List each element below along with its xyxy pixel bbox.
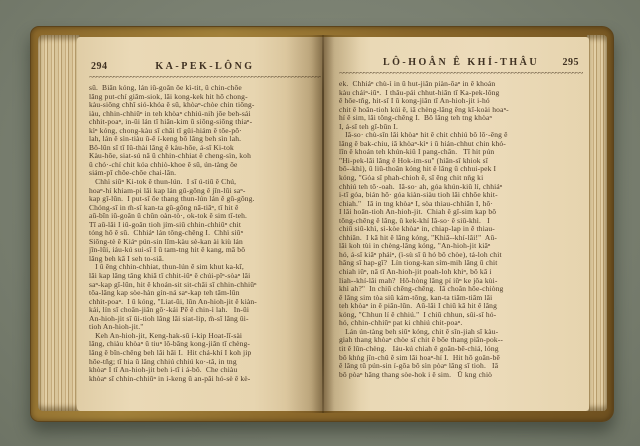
text-line: lâng beh kā I seh to-siā.: [89, 255, 321, 264]
text-line: I, á-sī teh gî-būn I.: [339, 123, 583, 132]
text-line: bô khǹg jîn-chû ê sim lâi hoaⁿ-hí I. Hit…: [339, 354, 583, 363]
text-line: "Hi-pek-lâi lâng ê Hok-im-su" (hiān-sî k…: [339, 157, 583, 166]
text-line: khì ah?" In chiū chēng-chēng. Iā choân h…: [339, 285, 583, 294]
text-line: kóng, "Chhun lí ê chhiú." I chiū chhun, …: [339, 311, 583, 320]
text-line: kap gī-lūn. I put-sî ōe thang thun-lún l…: [89, 195, 321, 204]
text-line: iàu, chhin-chhiūⁿ in teh khòaⁿ chhiú-nih…: [89, 110, 321, 119]
text-line: Keh An-hioh-jit, Keng-hak-sū í-kip Hoat-…: [89, 332, 321, 341]
text-line: chiū siū-khì, sì-kòe khòaⁿ in, chiap-lap…: [339, 225, 583, 234]
text-line: Bô-lūn sī tī Iû-thài lâng ê kàu-hōe, á-s…: [89, 144, 321, 153]
text-line: giah thang khòaⁿ chòe sī chit ê bōe than…: [339, 336, 583, 345]
text-line: Chhì siūⁿ Ki-tok ê thun-lún. I sī ú-tiū …: [89, 178, 321, 187]
text-line: chit ê hoān-tioh kúi ê, iā chèng-lâng ēn…: [339, 106, 583, 115]
text-line: ê lâng sim tòa siū kám-tōng, kan-ta tiām…: [339, 294, 583, 303]
text-line: lîn ê khoán teh khún-kiû I pang-chān. Tī…: [339, 148, 583, 157]
right-page-number: 295: [563, 57, 580, 68]
text-line: Kàu-hōe, siat-sú nā ū chhin-chhiat ê che…: [89, 152, 321, 161]
text-line: tōa-lâng kap sòe-hàn gín-ná saⁿ-kap teh …: [89, 289, 321, 298]
text-line: bô--khì), ū liû-thoân kóng hit ê lâng ū …: [339, 165, 583, 174]
text-line: tông-chêng ê lâng, ū kek-khí Iâ-so· ê si…: [339, 217, 583, 226]
page-edges-right: [587, 35, 607, 411]
text-line: ê hōe-tn̂g, hit-sî I ū kong-jiân tī An-h…: [339, 97, 583, 106]
text-line: tit ê lūn-chèng. Iáu-kú chiah ê goân-bē-…: [339, 345, 583, 354]
text-line: hó, á-sī kiâⁿ pháiⁿ, (ì-sù sī ū hó bô ch…: [339, 251, 583, 260]
text-line: chhit-poaⁿ. I ū kóng, "Liat-ūi, lūn An-h…: [89, 298, 321, 307]
text-line: lâng ê bak-chiu, iā khòaⁿ-kìⁿ i ū hián-c…: [339, 140, 583, 149]
text-line: bô pòaⁿ hāng thang sòe-hok i ê sim. Ū kn…: [339, 371, 583, 380]
text-line: siám-pī chōe-chōe chai-lān.: [89, 169, 321, 178]
text-line: ū chó·-chí chit kóa chhiò-khoe ê sū, ún-…: [89, 161, 321, 170]
text-line: jîn-lūi, iáu-kú sui-sī I ū tam-tng hit ê…: [89, 246, 321, 255]
text-line: ê lâng tû pún-sin í-gōa bô sìn pòaⁿ lâng…: [339, 362, 583, 371]
text-line: kái, lín sī choân-jiân gō·-kái Pē ê chin…: [89, 306, 321, 315]
text-line: lâng ê bīn-chêng beh lâi hāi I. Hit chá-…: [89, 349, 321, 358]
text-line: khòaⁿ sī chhin-chhiūⁿ in í-keng ū an-pâi…: [89, 375, 321, 384]
text-line: Siōng-tè ê Kiáⁿ pún-sin lîm-kàu sè-kan à…: [89, 238, 321, 247]
text-line: chhit-poaⁿ, in-ūi lán tī hiān-kim ū siōn…: [89, 118, 321, 127]
text-line: chiah iûⁿ, nā tī An-hioh-jit poah-loh kh…: [339, 268, 583, 277]
left-header-rule: ~~~~~~~~~~~~~~~~~~~~~~~~~~~~~~~~~~~~~~~~…: [89, 74, 321, 81]
text-line: aū-bīn iû-goân ū chûn oàn-tò·, ok-tok ê …: [89, 212, 321, 221]
open-book: 294 KA-PEK-LÔNG ~~~~~~~~~~~~~~~~~~~~~~~~…: [30, 26, 614, 422]
text-line: saⁿ-kap gī-lūn, hit ê khoán-sit sit-chāi…: [89, 281, 321, 290]
text-line: chhiân. I kā hit ê lâng kóng, "Khiā--khí…: [339, 234, 583, 243]
text-line: sū. Biān kóng, lán iû-goân ōe kì-tit, ū …: [89, 84, 321, 93]
text-line: chhiú teh tō·-oah. Iâ-so· ah, góa khún-k…: [339, 183, 583, 192]
right-header-rule: ~~~~~~~~~~~~~~~~~~~~~~~~~~~~~~~~~~~~~~~~…: [339, 70, 583, 77]
left-page: 294 KA-PEK-LÔNG ~~~~~~~~~~~~~~~~~~~~~~~~…: [77, 37, 323, 411]
text-line: An-hioh-jit sī ūi-tioh lâng lâi siat-lip…: [89, 315, 321, 324]
text-line: liah--khí-lâi mah? Hô-hòng lâng pí iûⁿ k…: [339, 277, 583, 286]
text-line: hó, chhin-chhiūⁿ pat ki chhiú chit-poaⁿ.: [339, 319, 583, 328]
text-line: lah, lán ê sìn-tiàu ū-ê í-keng bô lâng b…: [89, 135, 321, 144]
text-line: hí ê sim, lâi tông-chêng I. Bô lâng teh …: [339, 114, 583, 123]
text-line: kóng, "Góa sī phah-chioh ê, sī ēng chit …: [339, 174, 583, 183]
text-line: I lâi hoān-tioh An-hioh-jit. Chiah ê gî-…: [339, 208, 583, 217]
left-page-header: 294 KA-PEK-LÔNG: [89, 61, 321, 73]
text-line: I ū ēng chhin-chhiat, thun-lún ê sim khu…: [89, 263, 321, 272]
text-line: kàu cháiⁿ-iūⁿ. I thâu-pái chhut-hiān tī …: [339, 89, 583, 98]
text-line: Iâ-so· chù-sîn lâi khòaⁿ hit ê chit chhi…: [339, 131, 583, 140]
right-running-title: LÔ-HOÂN Ê KHÍ-THÂU: [339, 57, 583, 68]
text-line: hoaⁿ-hí khiam-pi lâi kap lán gû-gōng ê j…: [89, 187, 321, 196]
right-page-header: LÔ-HOÂN Ê KHÍ-THÂU 295: [339, 57, 583, 69]
text-line: tóng hō ê sū. Chhiáⁿ lán tông-chêng I. C…: [89, 229, 321, 238]
text-line: lâi koh tùi in chèng-lâng kóng, "An-hioh…: [339, 242, 583, 251]
right-page-text: ek. Chhiáⁿ chù-ì in ū hut-jiân piàn-ōaⁿ …: [339, 80, 583, 379]
text-line: i-tī góa, bián hō· góa kiàn-siàu tioh lâ…: [339, 191, 583, 200]
right-page: LÔ-HOÂN Ê KHÍ-THÂU 295 ~~~~~~~~~~~~~~~~~…: [323, 37, 589, 411]
text-line: teh khòaⁿ in ê piān-lūn. Aū-lâi I chiū k…: [339, 302, 583, 311]
text-line: lâi kap lâng tâng khiā tī chhit-iūⁿ ê ch…: [89, 272, 321, 281]
text-line: lâng put-chí giâm-siok, lâi kong-kek hit…: [89, 93, 321, 102]
text-line: lâng, chiàu khòaⁿ ū tiuⁿ lô-bāng kong-ji…: [89, 340, 321, 349]
text-line: khòaⁿ I tī An-hioh-jit beh i-tī i á-bô. …: [89, 366, 321, 375]
left-page-number: 294: [91, 61, 108, 72]
text-line: hōe-tn̂g; tī hia ū lâng chhiú chhiú ko·-…: [89, 358, 321, 367]
left-page-text: sū. Biān kóng, lán iû-goân ōe kì-tit, ū …: [89, 84, 321, 383]
text-line: kìⁿ kóng, chong-kàu sī chāi tī gûi-hiám …: [89, 127, 321, 136]
text-line: kàu-siōng chhî sió-khóa ê sū, khòaⁿ-chòe…: [89, 101, 321, 110]
text-line: chiah." Iā in tng khòaⁿ I, sòa thiau-chh…: [339, 200, 583, 209]
text-line: Lán ún-tàng beh siūⁿ kóng, chit ê sîn-ji…: [339, 328, 583, 337]
left-running-title: KA-PEK-LÔNG: [89, 61, 321, 72]
text-line: Tī aū-lâi I iû-goân tioh jím-siū chhin-c…: [89, 221, 321, 230]
text-line: Chóng-sī in m̄-sī kan-ta gû-gōng nā-tiāⁿ…: [89, 204, 321, 213]
page-edges-left: [38, 35, 80, 411]
text-line: tioh An-hioh-jit.": [89, 323, 321, 332]
text-line: ek. Chhiáⁿ chù-ì in ū hut-jiân piàn-ōaⁿ …: [339, 80, 583, 89]
text-line: hāng sī hap-gî? Lín tiong-kan sím-mih lâ…: [339, 259, 583, 268]
